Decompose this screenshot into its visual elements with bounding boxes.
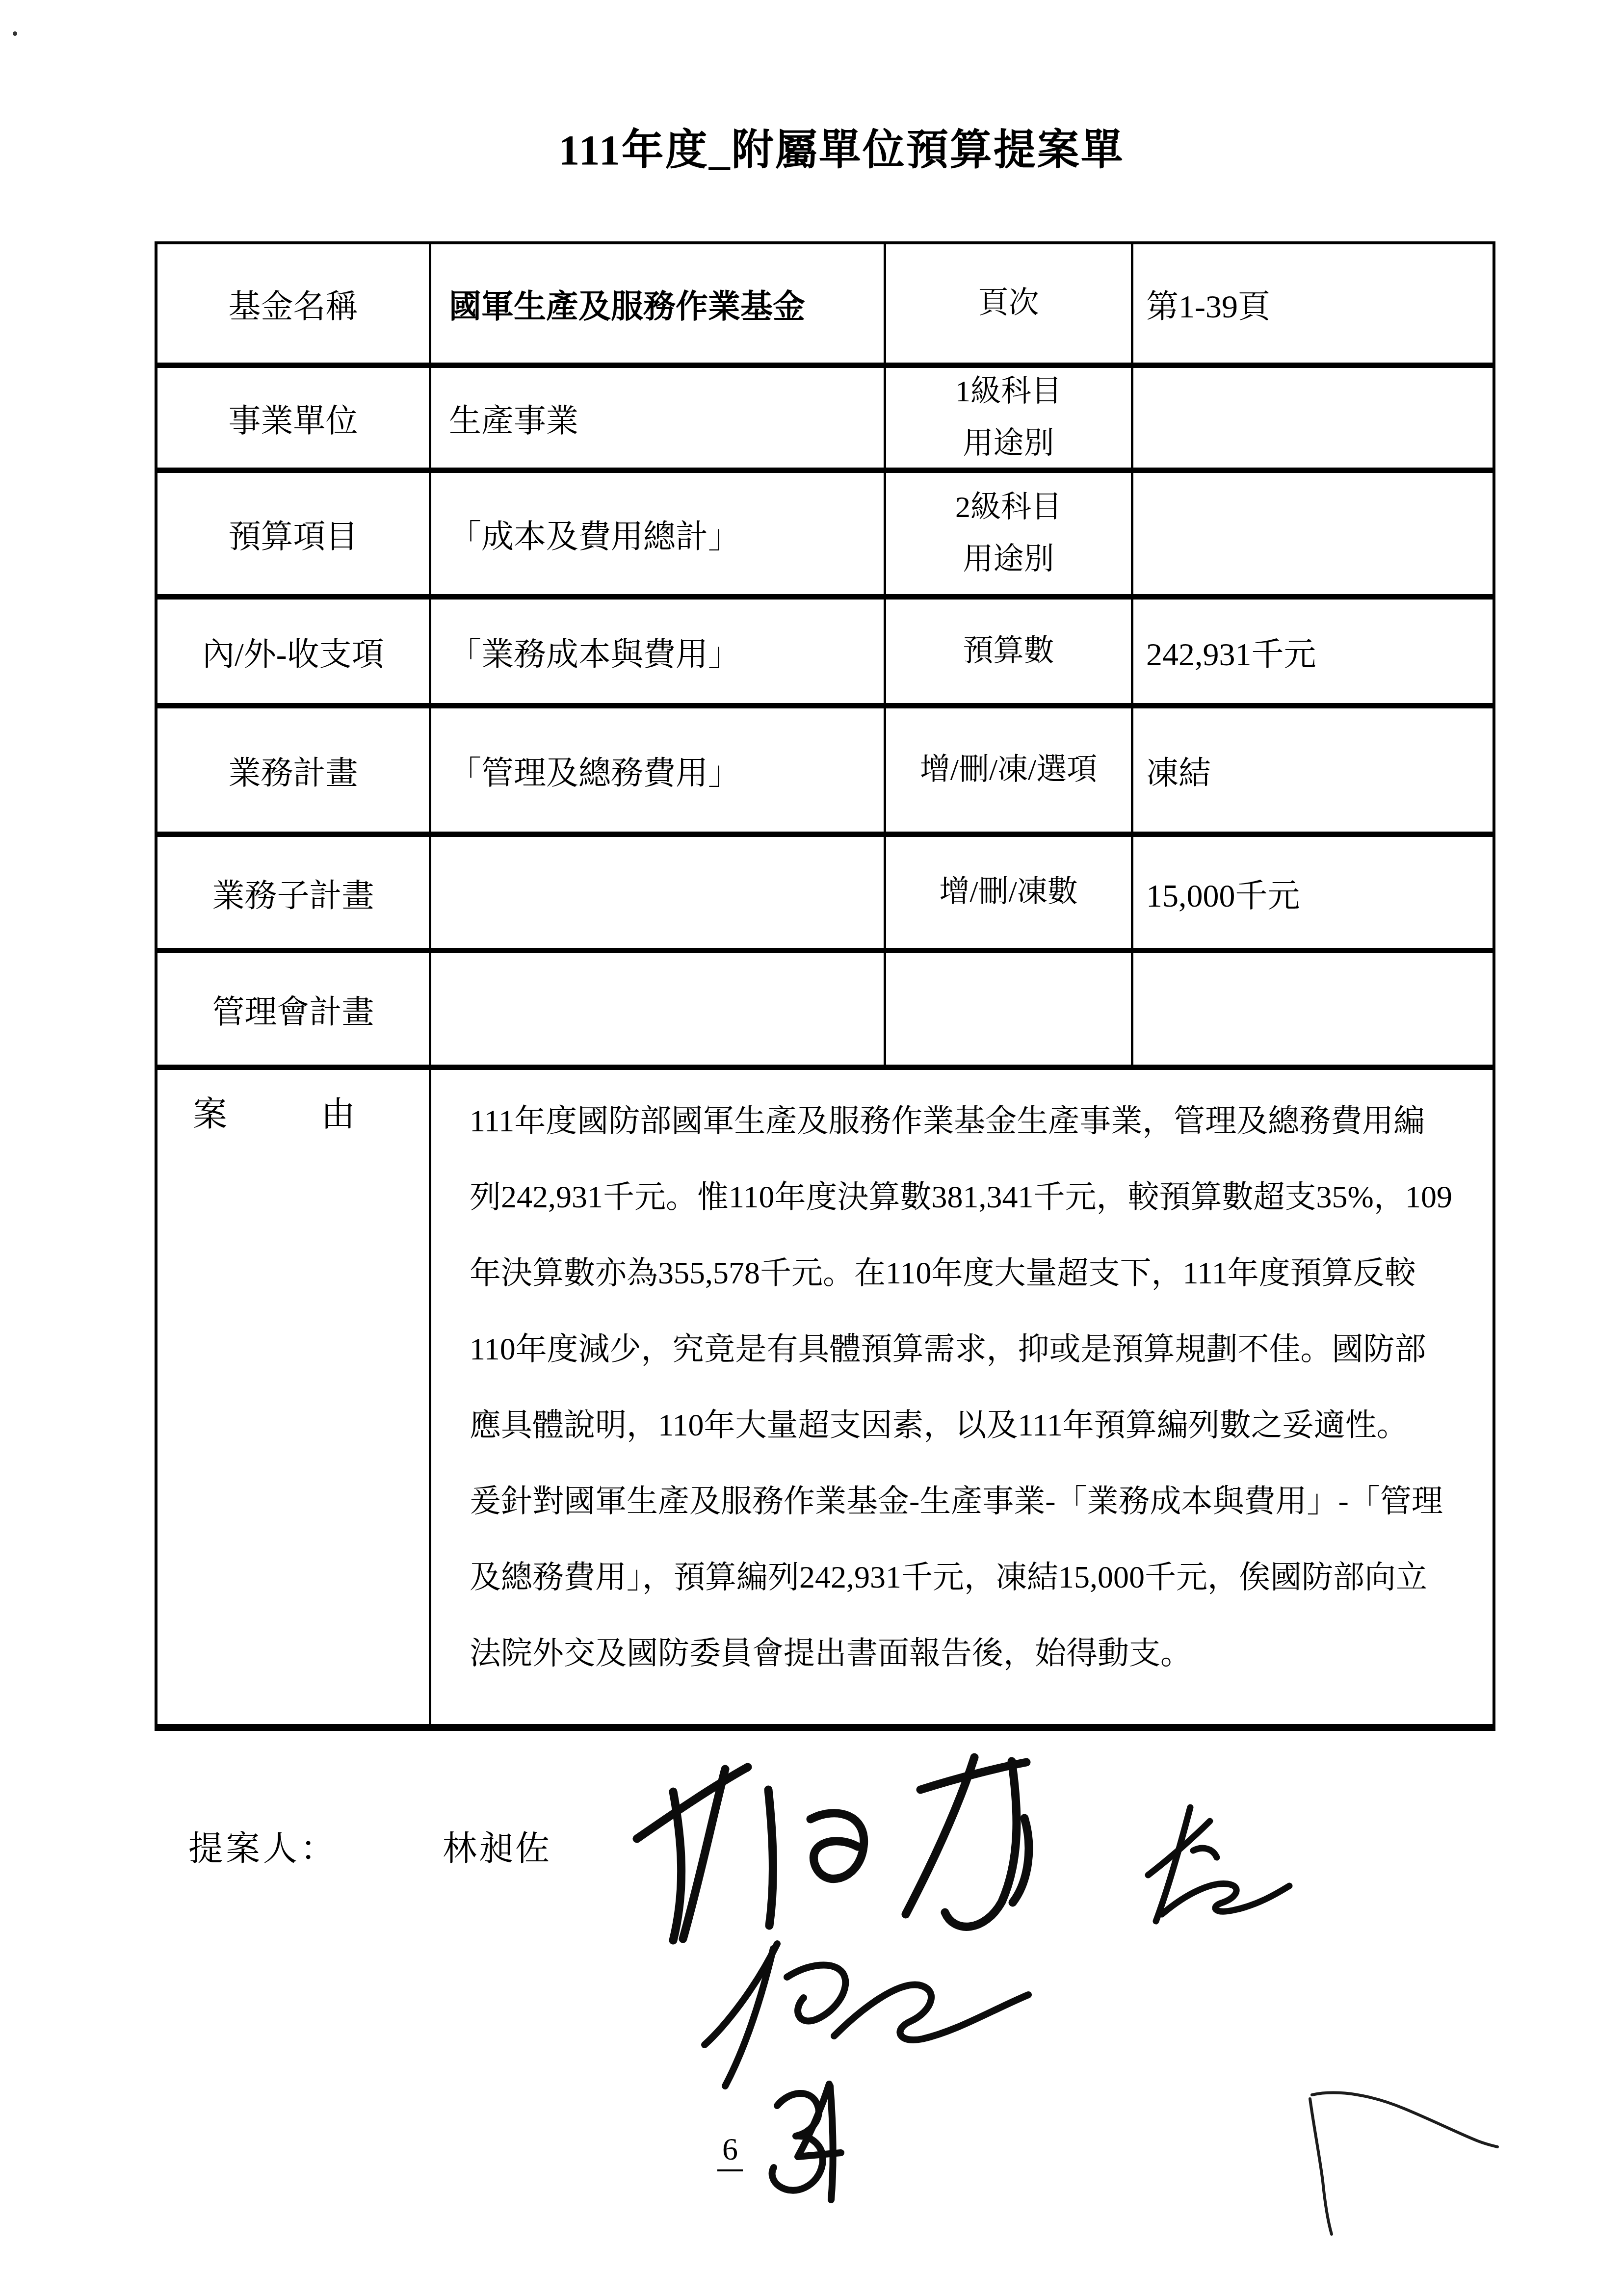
scan-crease-mark	[1310, 2093, 1497, 2234]
business-subplan-label: 業務子計畫	[157, 837, 431, 948]
table-row: 基金名稱 國軍生產及服務作業基金 頁次 第1-39頁	[157, 244, 1493, 368]
handwritten-signature-lin-changzuo	[637, 1757, 1029, 1940]
case-line: 應具體說明，110年大量超支因素，以及111年預算編列數之妥適性。	[470, 1387, 1478, 1463]
business-unit-label: 事業單位	[157, 368, 431, 468]
case-reason-text: 111年度國防部國軍生產及服務作業基金生產事業，管理及總務費用編 列242,93…	[431, 1070, 1493, 1724]
business-plan-label: 業務計畫	[157, 708, 431, 832]
handwritten-signature-secondary	[705, 1944, 1028, 2086]
budget-item-label: 預算項目	[157, 473, 431, 594]
table-row: 事業單位 生產事業 1級科目 用途別	[157, 368, 1493, 473]
case-line: 法院外交及國防委員會提出書面報告後，始得動支。	[470, 1615, 1478, 1691]
proposer-name: 林昶佐	[443, 1821, 551, 1871]
management-accounting-plan-value	[431, 953, 886, 1065]
table-row: 內/外-收支項 「業務成本與費用」 預算數 242,931千元	[157, 600, 1493, 708]
business-unit-value: 生產事業	[431, 368, 886, 468]
level2-subject-value	[1133, 473, 1493, 594]
case-label-char-you: 由	[321, 1087, 355, 1136]
add-delete-freeze-option-label: 增/刪/凍/選項	[886, 708, 1133, 832]
handwritten-number-34	[772, 2084, 841, 2200]
budget-amount-value: 242,931千元	[1133, 600, 1493, 703]
empty-cell	[1133, 953, 1493, 1065]
level1-subject-value	[1133, 368, 1493, 468]
add-delete-freeze-option-value: 凍結	[1133, 708, 1493, 832]
case-label-char-an: 案	[193, 1087, 227, 1136]
table-row: 業務子計畫 增/刪/凍數 15,000千元	[157, 837, 1493, 953]
table-row: 管理會計畫	[157, 953, 1493, 1070]
case-line: 爰針對國軍生產及服務作業基金-生產事業-「業務成本與費用」-「管理	[470, 1463, 1478, 1539]
case-reason-row: 案 由 111年度國防部國軍生產及服務作業基金生產事業，管理及總務費用編 列24…	[157, 1070, 1493, 1724]
case-line: 年決算數亦為355,578千元。在110年度大量超支下，111年度預算反較	[470, 1235, 1478, 1311]
budget-amount-label: 預算數	[886, 600, 1133, 703]
scan-artifact-dot	[13, 31, 17, 36]
case-reason-label: 案 由	[157, 1070, 431, 1724]
empty-cell	[886, 953, 1133, 1065]
budget-item-value: 「成本及費用總計」	[431, 473, 886, 594]
level2-subject-label: 2級科目 用途別	[886, 473, 1133, 594]
case-line: 列242,931千元。惟110年度決算數381,341千元，較預算數超支35%，…	[470, 1159, 1478, 1235]
level1-subject-label: 1級科目 用途別	[886, 368, 1133, 468]
budget-proposal-table: 基金名稱 國軍生產及服務作業基金 頁次 第1-39頁 事業單位 生產事業 1級科…	[155, 241, 1495, 1731]
page-title: 111年度_附屬單位預算提案單	[29, 116, 1624, 177]
fund-name-value: 國軍生產及服務作業基金	[431, 244, 886, 363]
internal-external-item-value: 「業務成本與費用」	[431, 600, 886, 703]
case-line: 及總務費用」，預算編列242,931千元，凍結15,000千元，俟國防部向立	[470, 1539, 1478, 1615]
page-number: 6	[717, 2131, 743, 2171]
table-row: 業務計畫 「管理及總務費用」 增/刪/凍/選項 凍結	[157, 708, 1493, 837]
table-row: 預算項目 「成本及費用總計」 2級科目 用途別	[157, 473, 1493, 600]
case-line: 110年度減少，究竟是有具體預算需求，抑或是預算規劃不佳。國防部	[470, 1311, 1478, 1387]
handwritten-initial-scribble	[1148, 1807, 1289, 1921]
add-delete-freeze-amount-label: 增/刪/凍數	[886, 837, 1133, 948]
management-accounting-plan-label: 管理會計畫	[157, 953, 431, 1065]
business-subplan-value	[431, 837, 886, 948]
business-plan-value: 「管理及總務費用」	[431, 708, 886, 832]
page-range-label: 頁次	[886, 244, 1133, 363]
add-delete-freeze-amount-value: 15,000千元	[1133, 837, 1493, 948]
scanned-budget-proposal-page: 111年度_附屬單位預算提案單 基金名稱 國軍生產及服務作業基金 頁次 第1-3…	[0, 0, 1624, 2296]
page-range-value: 第1-39頁	[1133, 244, 1493, 363]
proposer-label: 提案人：	[188, 1821, 338, 1871]
fund-name-label: 基金名稱	[157, 244, 431, 363]
internal-external-item-label: 內/外-收支項	[157, 600, 431, 703]
case-line: 111年度國防部國軍生產及服務作業基金生產事業，管理及總務費用編	[470, 1083, 1478, 1159]
